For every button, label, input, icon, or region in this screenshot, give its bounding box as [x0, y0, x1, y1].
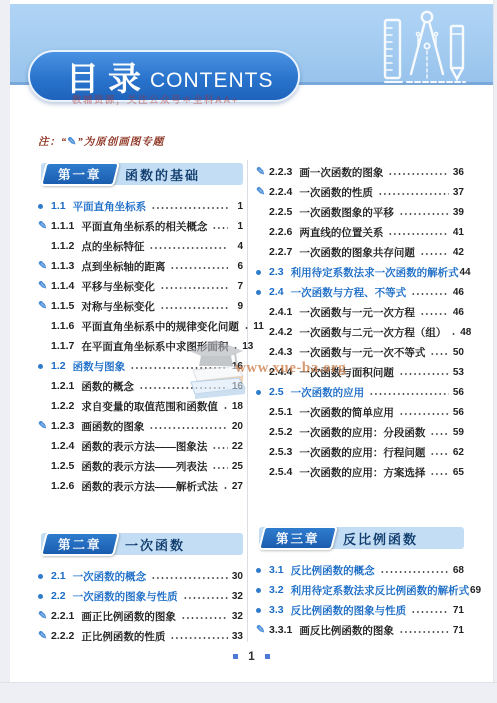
toc-entry-page: 1	[231, 201, 243, 212]
pencil-icon: ✎	[38, 281, 47, 292]
dot-leader	[130, 363, 228, 373]
toc-entry-title: 两直线的位置关系	[299, 225, 383, 240]
toc-row: 2.4.2一次函数与二元一次方程（组）48	[256, 322, 464, 342]
toc-row: 1.2.5函数的表示方法——列表法25	[38, 456, 243, 476]
bullet-icon	[256, 390, 261, 395]
toc-entry-number: 3.3	[269, 604, 284, 616]
toc-entry-number: 1.2.2	[51, 400, 74, 412]
dot-leader	[223, 403, 228, 413]
dot-leader	[388, 169, 449, 179]
toc-row: ✎1.2.3画函数的图象20	[38, 416, 243, 436]
dot-leader	[388, 229, 449, 239]
pencil-icon: ✎	[256, 167, 265, 178]
toc-row: 1.2.4函数的表示方法——图象法22	[38, 436, 243, 456]
toc-entry-title: 一次函数与方程、不等式	[291, 285, 407, 300]
toc-entry-number: 2.2.7	[269, 246, 292, 258]
toc-row: 2.4一次函数与方程、不等式46	[256, 282, 464, 302]
toc-entry-page: 1	[231, 221, 243, 232]
toc-entry-page: 27	[231, 481, 243, 492]
toc-entry-page: 30	[231, 571, 243, 582]
toc-entry-page: 56	[452, 387, 464, 398]
toc-entry-title: 点到坐标轴的距离	[81, 259, 165, 274]
toc-entry-page: 71	[452, 605, 464, 616]
toc-entry-title: 函数的概念	[81, 379, 134, 394]
toc-entry-title: 一次函数的应用：行程问题	[299, 445, 425, 460]
section-bullet-icon	[256, 270, 269, 275]
dot-leader	[420, 249, 449, 259]
toc-column-right: ✎2.2.3画一次函数的图象36✎2.2.4一次函数的性质372.2.5一次函数…	[256, 162, 464, 640]
toc-entry-page: 39	[452, 207, 464, 218]
dot-leader	[369, 389, 449, 399]
chapter-badge: 第二章	[40, 532, 119, 556]
toc-row: ✎1.1.1平面直角坐标系的相关概念1	[38, 216, 243, 236]
chapter-header: 函数的基础第一章	[38, 162, 243, 186]
toc-entry-number: 1.1.6	[51, 320, 74, 332]
toc-entry-number: 3.3.1	[269, 624, 292, 636]
dot-leader	[212, 443, 228, 453]
pencil-icon: ✎	[256, 625, 269, 636]
toc-entry-page: 6	[231, 261, 243, 272]
toc-entry-page: 41	[452, 227, 464, 238]
toc-entry-number: 1.1.2	[51, 240, 74, 252]
dot-leader	[149, 243, 228, 253]
chapter-badge-label: 第三章	[276, 529, 320, 547]
toc-row: ✎1.1.5对称与坐标变化9	[38, 296, 243, 316]
dot-leader	[399, 369, 449, 379]
toc-entry-number: 1.1.4	[51, 280, 74, 292]
bullet-icon	[38, 594, 43, 599]
toc-row: 2.2一次函数的图象与性质32	[38, 586, 243, 606]
section-bullet-icon	[38, 364, 51, 369]
dot-leader	[399, 627, 449, 637]
toc-entry-number: 2.2	[51, 590, 66, 602]
toc-entry-page: 65	[452, 467, 464, 478]
toc-entry-title: 一次函数的图象共存问题	[299, 245, 415, 260]
pencil-icon: ✎	[38, 261, 47, 272]
toc-entry-title: 一次函数的应用：方案选择	[299, 465, 425, 480]
pencil-icon: ✎	[38, 221, 51, 232]
pencil-legend-note: 注：“✎”为原创画图专题	[38, 134, 164, 149]
toc-column-left: 函数的基础第一章1.1平面直角坐标系1✎1.1.1平面直角坐标系的相关概念11.…	[38, 162, 243, 646]
chapter-badge: 第三章	[258, 526, 337, 550]
pencil-icon: ✎	[38, 611, 47, 622]
chapter-header: 一次函数第二章	[38, 532, 243, 556]
toc-entry-title: 一次函数的概念	[73, 569, 147, 584]
pencil-icon: ✎	[38, 631, 51, 642]
dot-leader	[399, 409, 449, 419]
toc-entry-title: 平面直角坐标系	[73, 199, 147, 214]
page-footer: 1	[10, 649, 493, 663]
chapter-header: 反比例函数第三章	[256, 526, 464, 550]
toc-entry-number: 2.4	[269, 286, 284, 298]
toc-entry-title: 一次函数的图象与性质	[73, 589, 178, 604]
toc-row: 1.2.2求自变量的取值范围和函数值18	[38, 396, 243, 416]
toc-entry-number: 2.2.4	[269, 186, 292, 198]
section-bullet-icon	[256, 568, 269, 573]
page-edge-strip	[0, 682, 497, 703]
section-bullet-icon	[38, 204, 51, 209]
toc-entry-title: 利用待定系数法求一次函数的解析式	[291, 265, 459, 280]
toc-entry-number: 3.1	[269, 564, 284, 576]
toc-entry-title: 在平面直角坐标系中求图形面积	[81, 339, 228, 354]
toc-row: 1.2.1函数的概念16	[38, 376, 243, 396]
toc-entry-page: 16	[231, 361, 243, 372]
dot-leader	[233, 343, 238, 353]
toc-entry-page: 20	[231, 421, 243, 432]
toc-entry-page: 13	[241, 341, 253, 352]
toc-entry-title: 画正比例函数的图象	[81, 609, 176, 624]
toc-entry-page: 46	[452, 287, 464, 298]
column-divider	[247, 160, 248, 642]
toc-row: 2.3利用待定系数法求一次函数的解析式44	[256, 262, 464, 282]
pencil-icon: ✎	[38, 301, 51, 312]
toc-entry-number: 2.2.1	[51, 610, 74, 622]
toc-entry-title: 函数的表示方法——列表法	[81, 459, 207, 474]
dot-leader	[170, 263, 228, 273]
section-bullet-icon	[256, 588, 269, 593]
chapter-badge-label: 第一章	[58, 165, 102, 183]
dot-leader	[160, 283, 228, 293]
toc-row: 3.1反比例函数的概念68	[256, 560, 464, 580]
toc-entry-page: 36	[452, 167, 464, 178]
dot-leader	[430, 469, 449, 479]
toc-entry-title: 一次函数与二元一次方程（组）	[299, 325, 446, 340]
toc-entry-number: 2.2.3	[269, 166, 292, 178]
toc-entry-page: 42	[452, 247, 464, 258]
toc-entry-number: 1.1.3	[51, 260, 74, 272]
toc-row: 2.5.2一次函数的应用：分段函数59	[256, 422, 464, 442]
toc-entry-number: 2.2.2	[51, 630, 74, 642]
bullet-icon	[256, 608, 261, 613]
toc-entry-number: 3.2	[269, 584, 284, 596]
toc-entry-number: 1.1.5	[51, 300, 74, 312]
section-bullet-icon	[256, 290, 269, 295]
pencil-icon: ✎	[256, 187, 265, 198]
dot-leader	[223, 483, 228, 493]
section-bullet-icon	[38, 594, 51, 599]
toc-entry-title: 平面直角坐标系中的规律变化问题	[81, 319, 239, 334]
dot-leader	[411, 289, 449, 299]
dot-leader	[430, 449, 449, 459]
toc-row: ✎1.1.4平移与坐标变化7	[38, 276, 243, 296]
dot-leader	[411, 607, 449, 617]
toc-page: 目录 CONTENTS 教辅资源，关注公众号＊全科AA+ 注：“✎”为原创画图专…	[10, 0, 494, 682]
toc-entry-title: 对称与坐标变化	[81, 299, 155, 314]
toc-entry-page: 37	[452, 187, 464, 198]
toc-entry-number: 2.3	[269, 266, 284, 278]
dot-leader	[149, 423, 228, 433]
toc-entry-number: 2.5.2	[269, 426, 292, 438]
toc-entry-title: 反比例函数的概念	[291, 563, 375, 578]
bullet-icon	[38, 364, 43, 369]
toc-row: 2.2.7一次函数的图象共存问题42	[256, 242, 464, 262]
pencil-icon: ✎	[38, 261, 51, 272]
toc-row: 2.5一次函数的应用56	[256, 382, 464, 402]
dot-leader	[151, 573, 228, 583]
toc-row: 2.2.6两直线的位置关系41	[256, 222, 464, 242]
pencil-icon: ✎	[38, 421, 51, 432]
dot-leader	[151, 203, 228, 213]
toc-row: 2.1一次函数的概念30	[38, 566, 243, 586]
toc-entry-page: 22	[231, 441, 243, 452]
toc-entry-number: 2.4.3	[269, 346, 292, 358]
toc-entry-page: 62	[452, 447, 464, 458]
toc-entry-page: 56	[452, 407, 464, 418]
dot-leader	[244, 323, 249, 333]
toc-row: ✎2.2.3画一次函数的图象36	[256, 162, 464, 182]
toc-entry-title: 平移与坐标变化	[81, 279, 155, 294]
toc-entry-number: 1.2	[51, 360, 66, 372]
toc-row: 1.1.2点的坐标特征4	[38, 236, 243, 256]
toc-row: 1.1平面直角坐标系1	[38, 196, 243, 216]
toc-entry-title: 利用待定系数法求反比例函数的解析式	[291, 583, 470, 598]
dot-leader	[139, 383, 228, 393]
pencil-icon: ✎	[38, 301, 47, 312]
toc-entry-title: 一次函数图象的平移	[299, 205, 394, 220]
bullet-icon	[256, 290, 261, 295]
toc-entry-number: 2.1	[51, 570, 66, 582]
toc-row: 2.5.3一次函数的应用：行程问题62	[256, 442, 464, 462]
toc-row: 1.1.6平面直角坐标系中的规律变化问题11	[38, 316, 243, 336]
toc-entry-page: 50	[452, 347, 464, 358]
toc-title-english: CONTENTS	[150, 69, 274, 93]
section-bullet-icon	[256, 608, 269, 613]
toc-entry-page: 53	[452, 367, 464, 378]
dot-leader	[183, 593, 228, 603]
dot-leader	[378, 189, 449, 199]
dot-leader	[420, 309, 449, 319]
toc-row: 1.2.6函数的表示方法——解析式法27	[38, 476, 243, 496]
toc-row: ✎3.3.1画反比例函数的图象71	[256, 620, 464, 640]
toc-row: 2.5.4一次函数的应用：方案选择65	[256, 462, 464, 482]
toc-entry-page: 18	[231, 401, 243, 412]
dot-leader	[181, 613, 228, 623]
toc-entry-title: 画一次函数的图象	[299, 165, 383, 180]
pencil-icon: ✎	[256, 167, 269, 178]
dot-leader	[212, 463, 228, 473]
footer-dot-icon	[265, 654, 270, 659]
pencil-icon: ✎	[38, 421, 47, 432]
toc-entry-number: 1.2.3	[51, 420, 74, 432]
toc-row: 2.4.1一次函数与一元一次方程46	[256, 302, 464, 322]
pencil-icon: ✎	[38, 281, 51, 292]
toc-entry-page: 33	[231, 631, 243, 642]
toc-entry-page: 68	[452, 565, 464, 576]
toc-entry-number: 1.2.5	[51, 460, 74, 472]
toc-entry-number: 2.2.5	[269, 206, 292, 218]
toc-entry-number: 1.2.1	[51, 380, 74, 392]
toc-entry-number: 1.2.6	[51, 480, 74, 492]
pencil-icon: ✎	[38, 631, 47, 642]
toc-entry-title: 函数与图象	[73, 359, 126, 374]
pencil-icon: ✎	[38, 221, 47, 232]
toc-row: 3.3反比例函数的图象与性质71	[256, 600, 464, 620]
overlay-watermark-text: 教辅资源，关注公众号＊全科AA+	[72, 92, 302, 106]
toc-entry-title: 一次函数的应用：分段函数	[299, 425, 425, 440]
toc-entry-title: 点的坐标特征	[81, 239, 144, 254]
bullet-icon	[256, 568, 261, 573]
toc-entry-title: 画反比例函数的图象	[299, 623, 394, 638]
toc-entry-page: 32	[231, 591, 243, 602]
pencil-icon: ✎	[256, 187, 269, 198]
chapter-badge: 第一章	[40, 162, 119, 186]
toc-entry-title: 一次函数的简单应用	[299, 405, 394, 420]
toc-entry-number: 1.1.1	[51, 220, 74, 232]
toc-entry-page: 16	[231, 381, 243, 392]
dot-leader	[451, 329, 456, 339]
toc-entry-number: 2.5	[269, 386, 284, 398]
dot-leader	[160, 303, 228, 313]
toc-entry-page: 44	[459, 267, 471, 278]
toc-entry-page: 9	[231, 301, 243, 312]
toc-entry-number: 2.2.6	[269, 226, 292, 238]
bullet-icon	[38, 204, 43, 209]
toc-row: ✎1.1.3点到坐标轴的距离6	[38, 256, 243, 276]
toc-row: 2.2.5一次函数图象的平移39	[256, 202, 464, 222]
toc-entry-title: 反比例函数的图象与性质	[291, 603, 407, 618]
toc-entry-title: 一次函数与一元一次方程	[299, 305, 415, 320]
dot-leader	[430, 429, 449, 439]
toc-entry-number: 1.1.7	[51, 340, 74, 352]
toc-entry-title: 一次函数的应用	[291, 385, 365, 400]
toc-entry-page: 32	[231, 611, 243, 622]
toc-entry-page: 25	[231, 461, 243, 472]
toc-row: 2.5.1一次函数的简单应用56	[256, 402, 464, 422]
toc-row: 1.2函数与图象16	[38, 356, 243, 376]
bullet-icon	[256, 588, 261, 593]
pencil-icon: ✎	[67, 136, 77, 148]
toc-entry-title: 一次函数与面积问题	[299, 365, 394, 380]
toc-entry-page: 4	[231, 241, 243, 252]
footer-dot-icon	[233, 654, 238, 659]
toc-entry-page: 48	[459, 327, 471, 338]
dot-leader	[170, 633, 228, 643]
toc-entry-title: 平面直角坐标系的相关概念	[81, 219, 207, 234]
toc-entry-title: 求自变量的取值范围和函数值	[81, 399, 218, 414]
bullet-icon	[38, 574, 43, 579]
toc-row: 1.1.7在平面直角坐标系中求图形面积13	[38, 336, 243, 356]
toc-entry-number: 2.4.1	[269, 306, 292, 318]
toc-entry-number: 1.1	[51, 200, 66, 212]
pencil-icon: ✎	[38, 611, 51, 622]
toc-row: ✎2.2.4一次函数的性质37	[256, 182, 464, 202]
dot-leader	[430, 349, 449, 359]
toc-entry-number: 2.4.2	[269, 326, 292, 338]
toc-entry-page: 71	[452, 625, 464, 636]
toc-row: 2.4.4一次函数与面积问题53	[256, 362, 464, 382]
toc-entry-title: 画函数的图象	[81, 419, 144, 434]
toc-row: 3.2利用待定系数法求反比例函数的解析式69	[256, 580, 464, 600]
toc-entry-title: 函数的表示方法——图象法	[81, 439, 207, 454]
drafting-tools-icon	[377, 6, 469, 84]
toc-entry-title: 函数的表示方法——解析式法	[81, 479, 218, 494]
bullet-icon	[256, 270, 261, 275]
toc-entry-page: 69	[469, 585, 481, 596]
toc-row: ✎2.2.1画正比例函数的图象32	[38, 606, 243, 626]
toc-row: 2.4.3一次函数与一元一次不等式50	[256, 342, 464, 362]
chapter-badge-label: 第二章	[58, 535, 102, 553]
toc-entry-number: 2.5.1	[269, 406, 292, 418]
toc-entry-number: 1.2.4	[51, 440, 74, 452]
section-bullet-icon	[38, 574, 51, 579]
section-bullet-icon	[256, 390, 269, 395]
pencil-icon: ✎	[256, 625, 265, 636]
toc-entry-number: 2.5.4	[269, 466, 292, 478]
toc-entry-page: 7	[231, 281, 243, 292]
dot-leader	[212, 223, 228, 233]
page-number: 1	[248, 649, 255, 663]
toc-entry-title: 一次函数与一元一次不等式	[299, 345, 425, 360]
toc-entry-page: 59	[452, 427, 464, 438]
toc-entry-page: 46	[452, 307, 464, 318]
toc-entry-title: 一次函数的性质	[299, 185, 373, 200]
toc-entry-title: 正比例函数的性质	[81, 629, 165, 644]
toc-row: ✎2.2.2正比例函数的性质33	[38, 626, 243, 646]
toc-entry-number: 2.4.4	[269, 366, 292, 378]
toc-entry-number: 2.5.3	[269, 446, 292, 458]
dot-leader	[399, 209, 449, 219]
dot-leader	[380, 567, 449, 577]
